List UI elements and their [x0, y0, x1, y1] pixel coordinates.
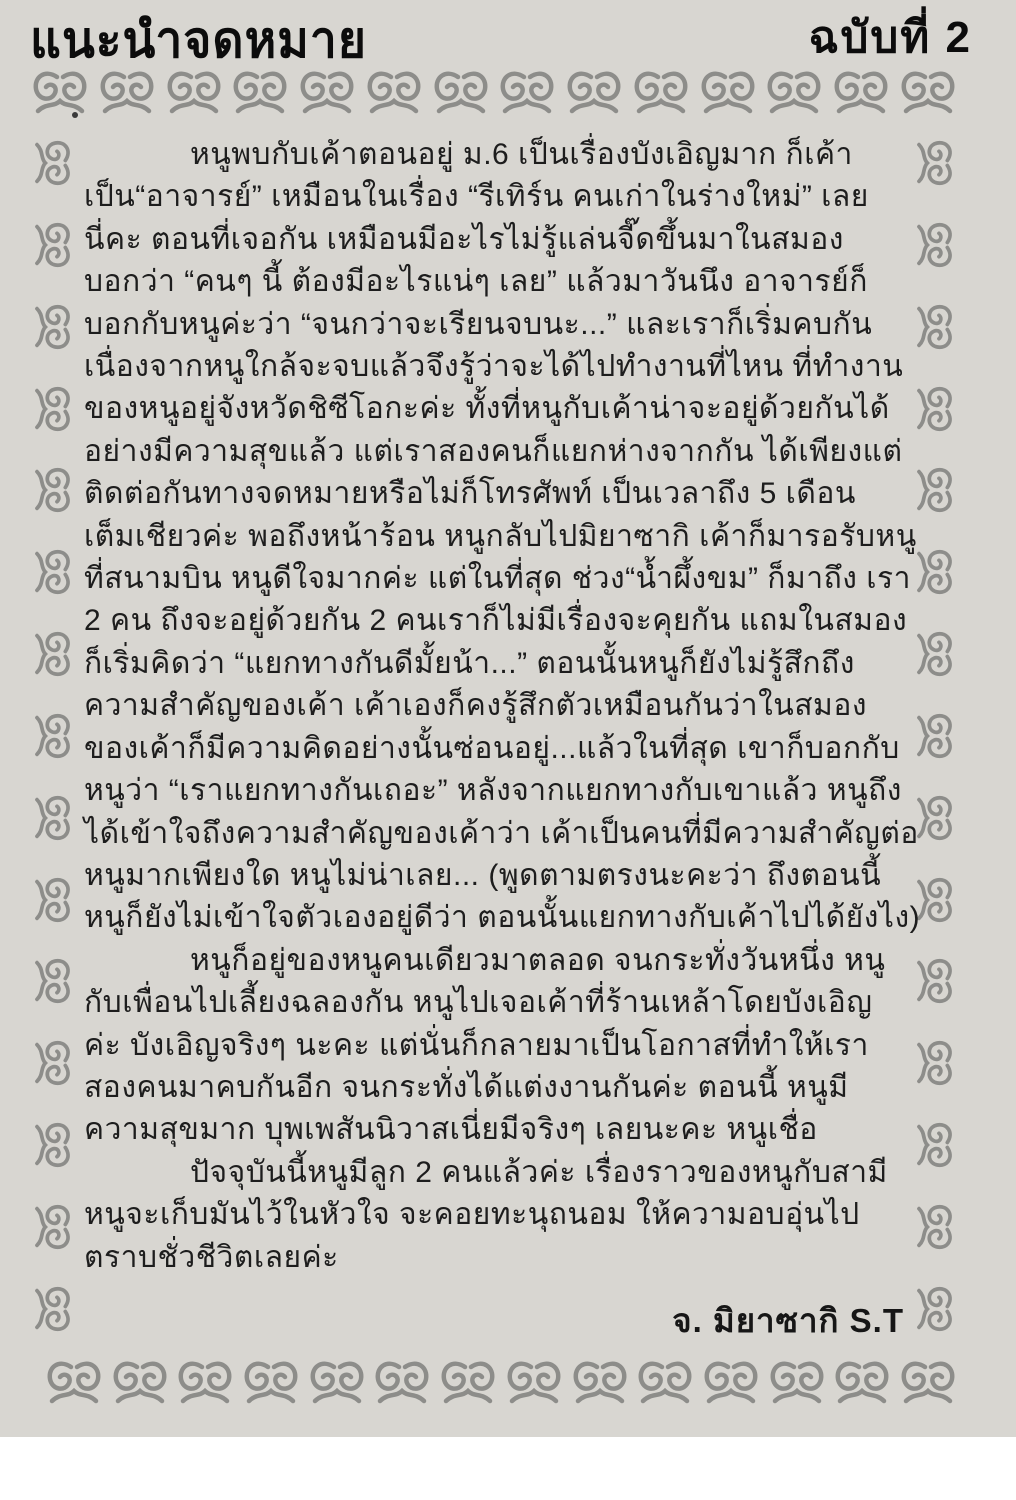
- swirl-ornament-icon: [497, 65, 557, 121]
- swirl-ornament-icon: [635, 1351, 695, 1415]
- letter-line: หนูว่า “เราแยกทางกันเถอะ” หลังจากแยกทางก…: [84, 770, 904, 812]
- swirl-ornament-icon: [27, 1106, 77, 1184]
- swirl-ornament-icon: [30, 65, 90, 121]
- swirl-ornament-icon: [698, 65, 758, 121]
- letter-line: ติดต่อกันทางจดหมายหรือไม่ก็โทรศัพท์ เป็น…: [84, 473, 904, 515]
- swirl-ornament-icon: [909, 451, 959, 529]
- letter-line: เป็น“อาจารย์” เหมือนในเรื่อง “รีเทิร์น ค…: [84, 176, 904, 218]
- letter-line: ความสำคัญของเค้า เค้าเองก็คงรู้สึกตัวเหม…: [84, 685, 904, 727]
- swirl-ornament-icon: [27, 779, 77, 857]
- letter-line: หนูก็ยังไม่เข้าใจตัวเองอยู่ดีว่า ตอนนั้น…: [84, 897, 904, 939]
- swirl-ornament-icon: [909, 124, 959, 202]
- swirl-ornament-icon: [110, 1351, 170, 1415]
- letter-line: กับเพื่อนไปเลี้ยงฉลองกัน หนูไปเจอเค้าที่…: [84, 982, 904, 1024]
- letter-line: ก็เริ่มคิดว่า “แยกทางกันดีมั้ยน้า...” ตอ…: [84, 643, 904, 685]
- swirl-ornament-icon: [230, 65, 290, 121]
- swirl-ornament-icon: [27, 1188, 77, 1266]
- swirl-ornament-icon: [909, 206, 959, 284]
- letter-body: หนูพบกับเค้าตอนอยู่ ม.6 เป็นเรื่องบังเอิ…: [84, 134, 904, 1279]
- swirl-ornament-icon: [898, 1351, 958, 1415]
- page-header: แนะนำจดหมาย ฉบับที่ 2: [30, 2, 972, 62]
- swirl-ornament-icon: [909, 1024, 959, 1102]
- swirl-ornament-icon: [27, 288, 77, 366]
- ornamental-border-bottom: [44, 1348, 958, 1418]
- swirl-ornament-icon: [364, 65, 424, 121]
- letter-line: เนื่องจากหนูใกล้จะจบแล้วจึงรู้ว่าจะได้ไป…: [84, 346, 904, 388]
- letter-line: อย่างมีความสุขแล้ว แต่เราสองคนก็แยกห่างจ…: [84, 431, 904, 473]
- swirl-ornament-icon: [97, 65, 157, 121]
- letter-line: ค่ะ บังเอิญจริงๆ นะคะ แต่นั่นก็กลายมาเป็…: [84, 1025, 904, 1067]
- letter-line: หนูมากเพียงใด หนูไม่น่าเลย... (พูดตามตรง…: [84, 855, 904, 897]
- letter-line: สองคนมาคบกันอีก จนกระทั่งได้แต่งงานกันค่…: [84, 1067, 904, 1109]
- swirl-ornament-icon: [27, 533, 77, 611]
- letter-line: หนูจะเก็บมันไว้ในหัวใจ จะคอยทะนุถนอม ให้…: [84, 1194, 904, 1236]
- letter-line: นี่คะ ตอนที่เจอกัน เหมือนมีอะไรไม่รู้แล่…: [84, 219, 904, 261]
- letter-line: 2 คน ถึงจะอยู่ด้วยกัน 2 คนเราก็ไม่มีเรื่…: [84, 600, 904, 642]
- ink-dot-artifact: [72, 112, 78, 118]
- swirl-ornament-icon: [909, 942, 959, 1020]
- swirl-ornament-icon: [307, 1351, 367, 1415]
- letter-line: ตราบชั่วชีวิตเลยค่ะ: [84, 1237, 904, 1279]
- swirl-ornament-icon: [44, 1351, 104, 1415]
- swirl-ornament-icon: [764, 65, 824, 121]
- swirl-ornament-icon: [27, 861, 77, 939]
- swirl-ornament-icon: [570, 1351, 630, 1415]
- scanned-letter-page: แนะนำจดหมาย ฉบับที่ 2: [0, 0, 1016, 1437]
- swirl-ornament-icon: [431, 65, 491, 121]
- swirl-ornament-icon: [832, 1351, 892, 1415]
- letter-line: เต็มเชียวค่ะ พอถึงหน้าร้อน หนูกลับไปมิยา…: [84, 516, 904, 558]
- swirl-ornament-icon: [767, 1351, 827, 1415]
- swirl-ornament-icon: [27, 697, 77, 775]
- swirl-ornament-icon: [831, 65, 891, 121]
- swirl-ornament-icon: [909, 697, 959, 775]
- swirl-ornament-icon: [241, 1351, 301, 1415]
- swirl-ornament-icon: [438, 1351, 498, 1415]
- swirl-ornament-icon: [27, 370, 77, 448]
- ornamental-border-left: [26, 124, 78, 1348]
- swirl-ornament-icon: [372, 1351, 432, 1415]
- letter-line: ความสุขมาก บุพเพสันนิวาสเนี่ยมีจริงๆ เลย…: [84, 1109, 904, 1151]
- swirl-ornament-icon: [898, 65, 958, 121]
- letter-line: ที่สนามบิน หนูดีใจมากค่ะ แต่ในที่สุด ช่ว…: [84, 558, 904, 600]
- swirl-ornament-icon: [504, 1351, 564, 1415]
- swirl-ornament-icon: [297, 65, 357, 121]
- swirl-ornament-icon: [27, 451, 77, 529]
- swirl-ornament-icon: [909, 288, 959, 366]
- swirl-ornament-icon: [701, 1351, 761, 1415]
- ornamental-border-top: [30, 62, 958, 124]
- letter-line: หนูพบกับเค้าตอนอยู่ ม.6 เป็นเรื่องบังเอิ…: [84, 134, 904, 176]
- swirl-ornament-icon: [27, 942, 77, 1020]
- swirl-ornament-icon: [909, 370, 959, 448]
- letter-line: ของเค้าก็มีความคิดอย่างนั้นซ่อนอยู่...แล…: [84, 728, 904, 770]
- swirl-ornament-icon: [27, 1270, 77, 1348]
- swirl-ornament-icon: [909, 615, 959, 693]
- letter-line: บอกว่า “คนๆ นี้ ต้องมีอะไรแน่ๆ เลย” แล้ว…: [84, 261, 904, 303]
- swirl-ornament-icon: [631, 65, 691, 121]
- letter-line: หนูก็อยู่ของหนูคนเดียวมาตลอด จนกระทั่งวั…: [84, 940, 904, 982]
- letter-line: บอกกับหนูค่ะว่า “จนกว่าจะเรียนจบนะ...” แ…: [84, 304, 904, 346]
- letter-line: ได้เข้าใจถึงความสำคัญของเค้าว่า เค้าเป็น…: [84, 813, 904, 855]
- ornamental-border-right: [906, 124, 962, 1348]
- swirl-ornament-icon: [909, 1270, 959, 1348]
- swirl-ornament-icon: [909, 1188, 959, 1266]
- swirl-ornament-icon: [564, 65, 624, 121]
- signature: จ. มิยาซากิ S.T: [672, 1294, 904, 1347]
- letter-line: ปัจจุบันนี้หนูมีลูก 2 คนแล้วค่ะ เรื่องรา…: [84, 1152, 904, 1194]
- swirl-ornament-icon: [909, 1106, 959, 1184]
- swirl-ornament-icon: [164, 65, 224, 121]
- swirl-ornament-icon: [27, 615, 77, 693]
- letter-line: ของหนูอยู่จังหวัดชิซีโอกะค่ะ ทั้งที่หนูก…: [84, 388, 904, 430]
- swirl-ornament-icon: [27, 124, 77, 202]
- swirl-ornament-icon: [27, 1024, 77, 1102]
- swirl-ornament-icon: [27, 206, 77, 284]
- swirl-ornament-icon: [175, 1351, 235, 1415]
